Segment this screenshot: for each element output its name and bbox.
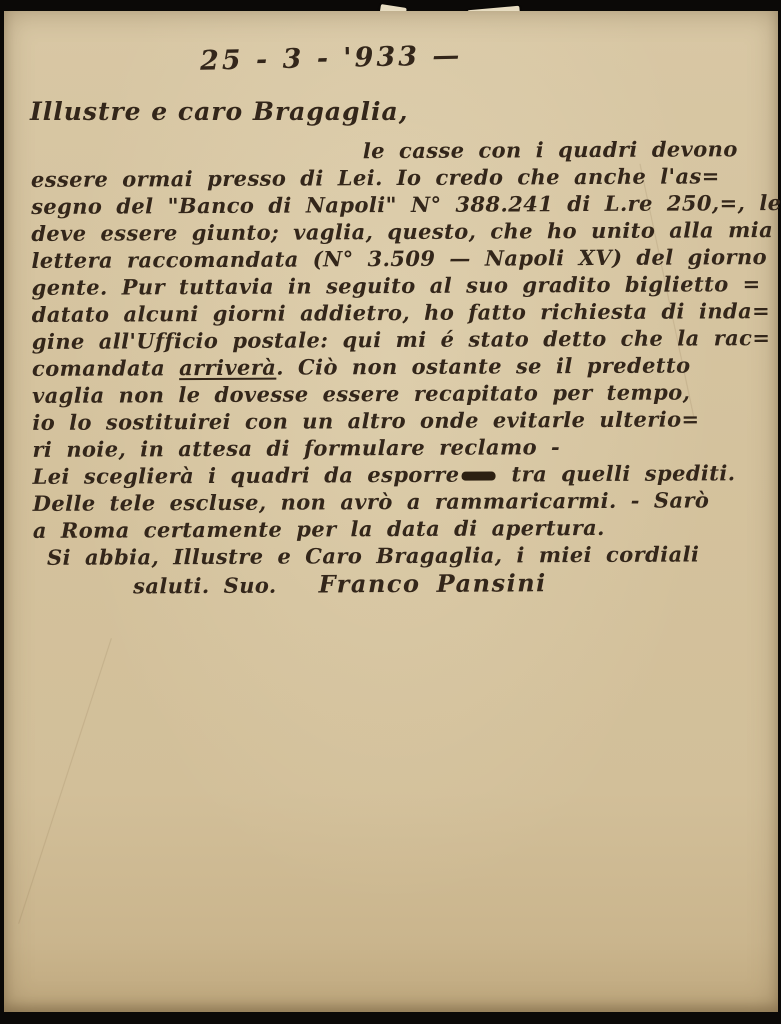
letter-salutation: Illustre e caro Bragaglia, (30, 97, 408, 126)
line-text: . Ciò non ostante se il predetto (276, 352, 690, 379)
letter-line: Lei sceglierà i quadri da esporre tra qu… (32, 459, 772, 490)
letter-line: datato alcuni giorni addietro, ho fatto … (32, 297, 772, 328)
letter-line: essere ormai presso di Lei. Io credo che… (31, 162, 771, 193)
line-text: comandata (32, 355, 179, 381)
letter-line: deve essere giunto; vaglia, questo, che … (31, 216, 771, 247)
letter-line: Delle tele escluse, non avrò a rammarica… (33, 486, 773, 517)
letter-line: Si abbia, Illustre e Caro Bragaglia, i m… (47, 540, 773, 571)
line-text: Lei sceglierà i quadri da esporre (32, 462, 459, 489)
letter-paper: 25 - 3 - '933 — Illustre e caro Bragagli… (4, 11, 778, 1012)
ink-scribble (461, 472, 495, 481)
letter-line: a Roma certamente per la data di apertur… (33, 513, 773, 544)
letter-line: ri noie, in attesa di formulare reclamo … (32, 432, 772, 463)
letter-line: le casse con i quadri devono (363, 135, 771, 164)
letter-line: vaglia non le dovesse essere recapitato … (32, 378, 772, 409)
letter-line: gine all'Ufficio postale: qui mi é stato… (32, 324, 772, 355)
paper-crease (18, 638, 113, 924)
signature: Franco Pansini (319, 568, 547, 598)
scan-background: { "scan": { "background_color": "#0b0907… (0, 0, 781, 1024)
letter-line: gente. Pur tuttavia in seguito al suo gr… (32, 270, 772, 301)
letter-date: 25 - 3 - '933 — (200, 40, 463, 76)
letter-body: le casse con i quadri devono essere orma… (31, 135, 773, 600)
letter-closing: saluti. Suo.Franco Pansini (133, 568, 773, 599)
closing-text: saluti. Suo. (133, 573, 277, 599)
letter-line: segno del "Banco di Napoli" N° 388.241 d… (31, 189, 771, 220)
letter-line: comandata arriverà. Ciò non ostante se i… (32, 351, 772, 382)
letter-line: io lo sostituirei con un altro onde evit… (32, 405, 772, 436)
line-text: tra quelli spediti. (497, 460, 735, 486)
letter-line: lettera raccomandata (N° 3.509 — Napoli … (31, 243, 771, 274)
underlined-word: arriverà (179, 355, 276, 381)
